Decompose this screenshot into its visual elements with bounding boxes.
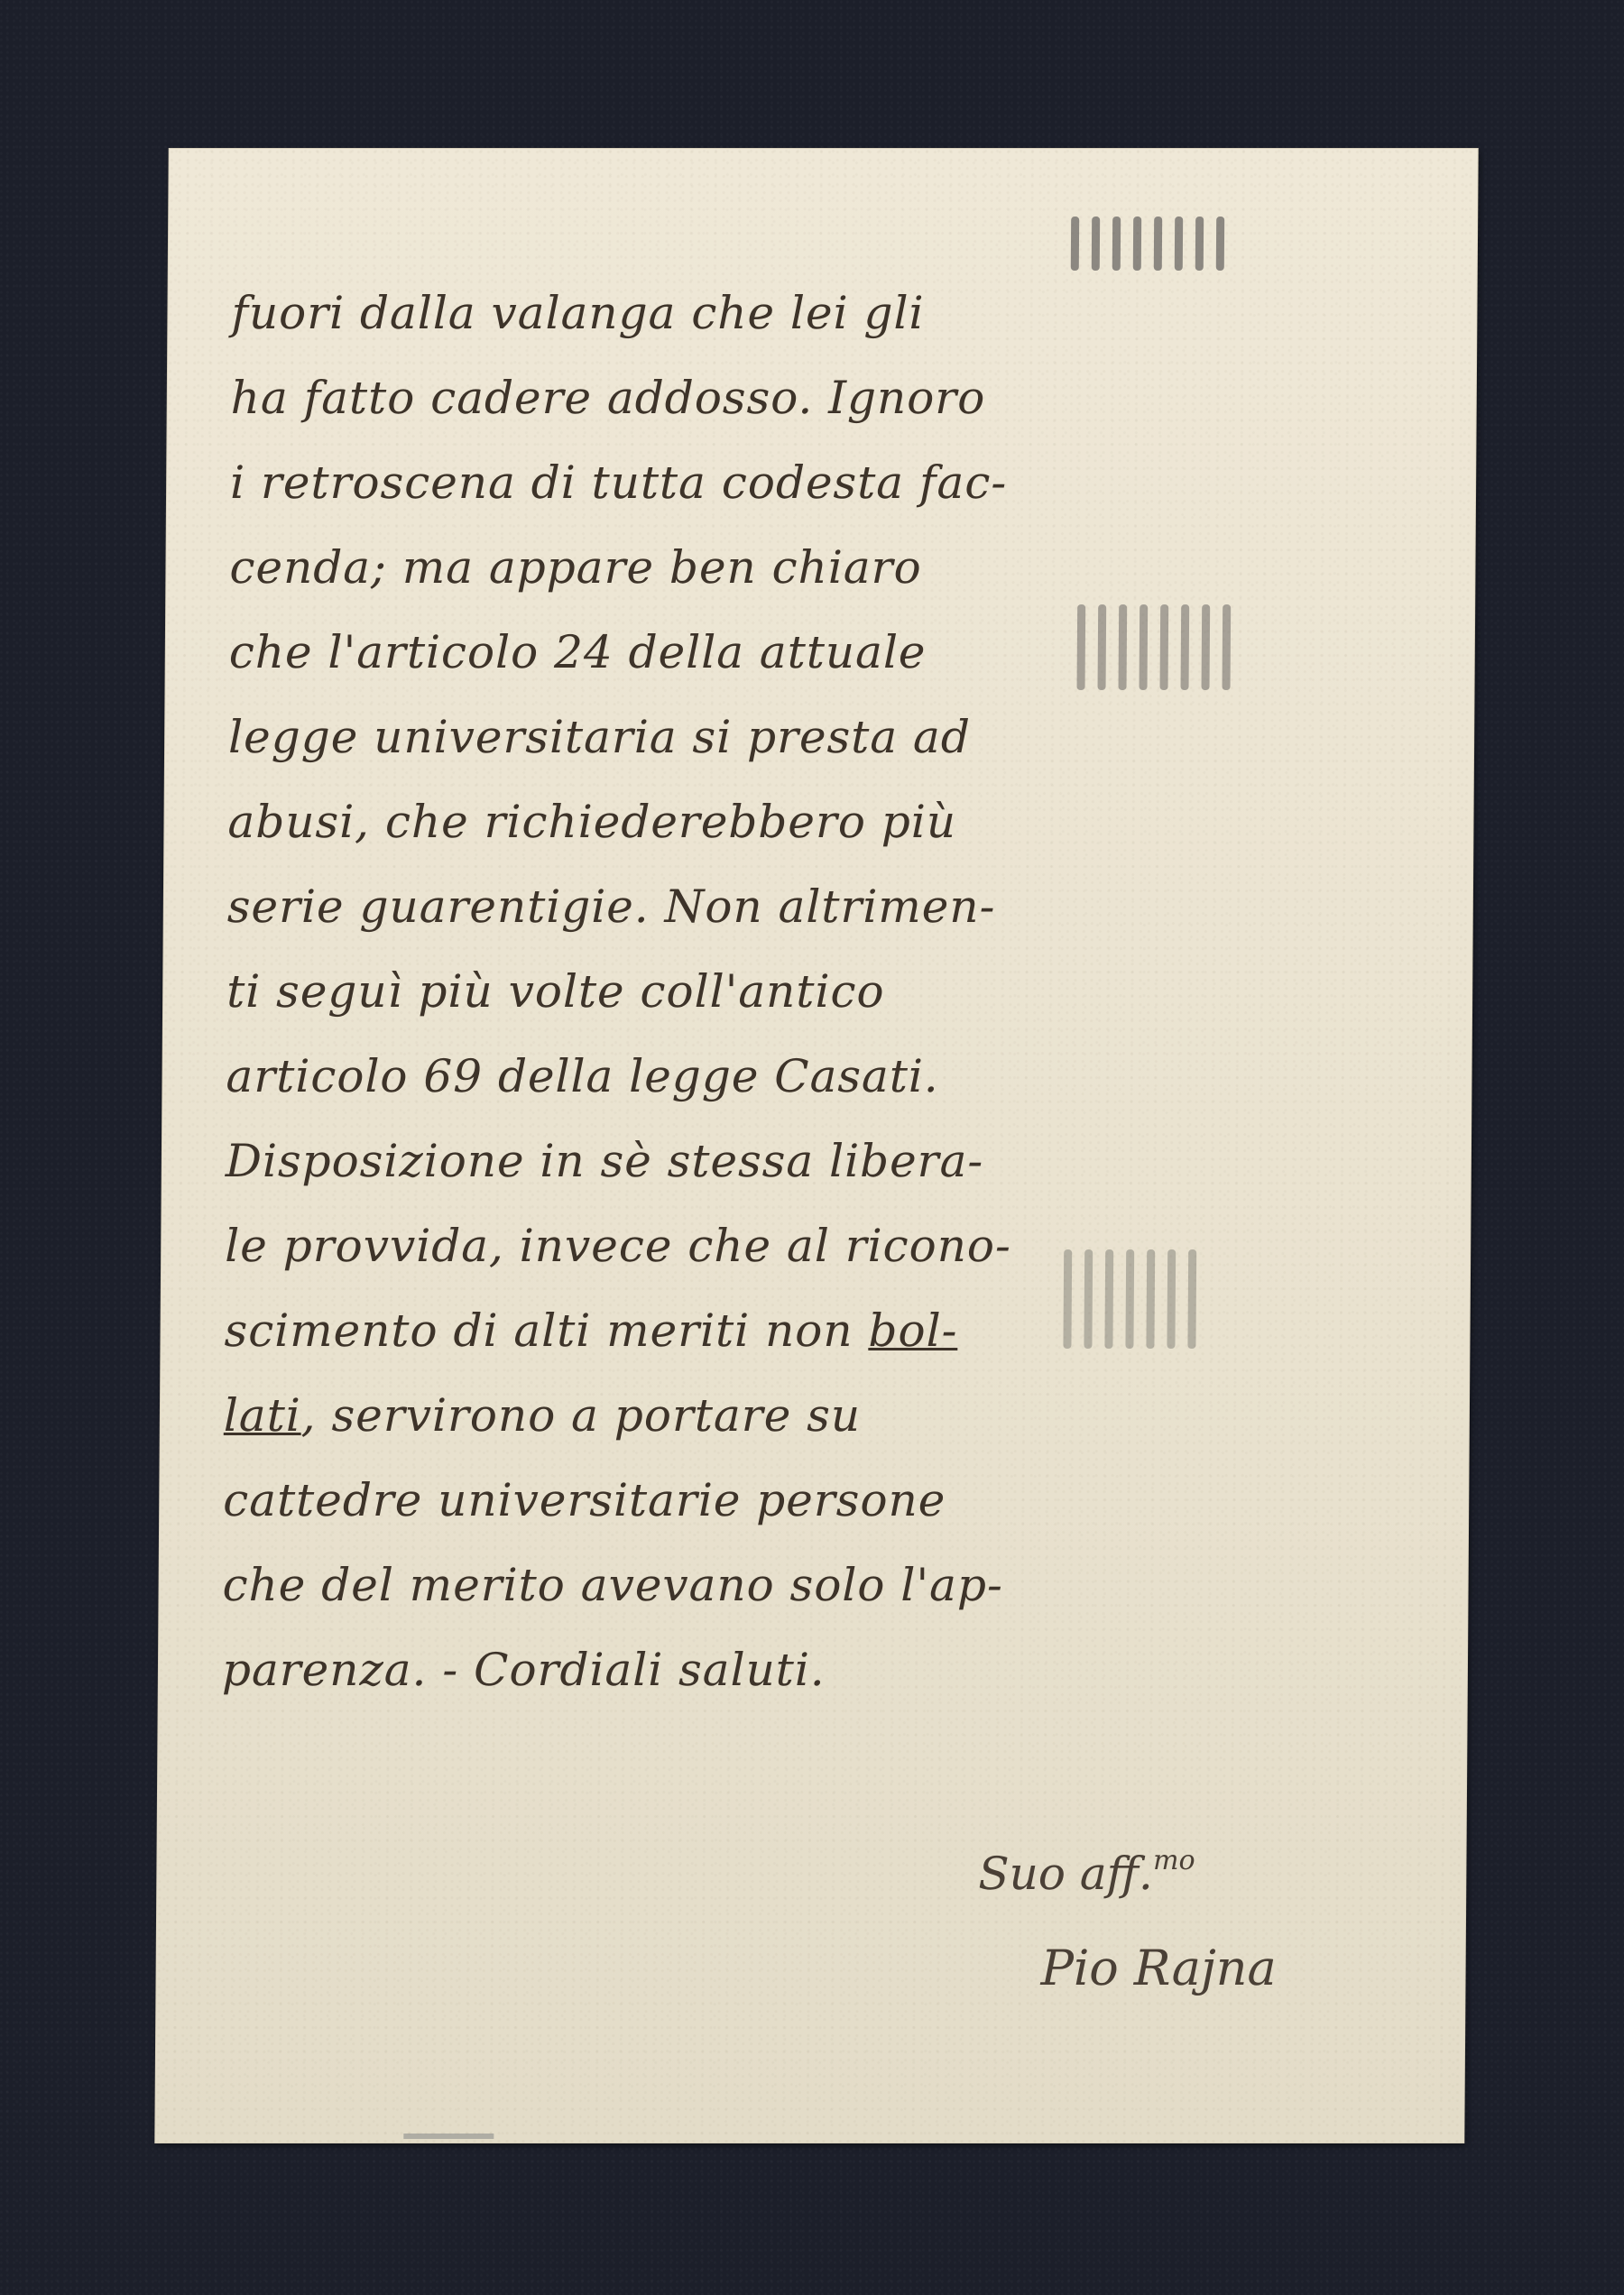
- letter-line: lati, servirono a portare su: [224, 1373, 1425, 1458]
- letter-line: ha fatto cadere addosso. Ignoro: [230, 355, 1431, 440]
- letter-body: fuori dalla valanga che lei gli ha fatto…: [222, 271, 1432, 1712]
- letter-line: parenza. - Cordiali saluti.: [222, 1627, 1423, 1712]
- letter-line: i retroscena di tutta codesta fac-: [230, 440, 1431, 525]
- letter-line: che del merito avevano solo l'ap-: [222, 1543, 1423, 1627]
- letter-line: cattedre universitarie persone: [223, 1458, 1424, 1543]
- signature: Pio Rajna: [1040, 1940, 1277, 1996]
- letter-line: serie guarentigie. Non altrimen-: [227, 864, 1428, 949]
- letter-line: Disposizione in sè stessa libera-: [226, 1119, 1426, 1203]
- postmark-cancellation-top: [1071, 217, 1224, 271]
- postcard: fuori dalla valanga che lei gli ha fatto…: [155, 149, 1477, 2143]
- letter-line: legge universitaria si presta ad: [228, 695, 1429, 779]
- letter-line: fuori dalla valanga che lei gli: [231, 271, 1432, 355]
- closing-superscript: mo: [1153, 1845, 1195, 1876]
- letter-line: cenda; ma appare ben chiaro: [229, 525, 1430, 610]
- letter-line: che l'articolo 24 della attuale: [228, 610, 1429, 695]
- edge-smudge: [403, 2134, 494, 2139]
- closing-text: Suo aff.: [978, 1848, 1153, 1900]
- letter-line: scimento di alti meriti non bol-: [224, 1288, 1425, 1373]
- letter-closing: Suo aff.mo: [978, 1845, 1195, 1900]
- letter-line: abusi, che richiederebbero più: [227, 779, 1428, 864]
- letter-line: ti seguì più volte coll'antico: [226, 949, 1427, 1034]
- letter-line: articolo 69 della legge Casati.: [226, 1034, 1426, 1119]
- letter-line: le provvida, invece che al ricono-: [225, 1203, 1426, 1288]
